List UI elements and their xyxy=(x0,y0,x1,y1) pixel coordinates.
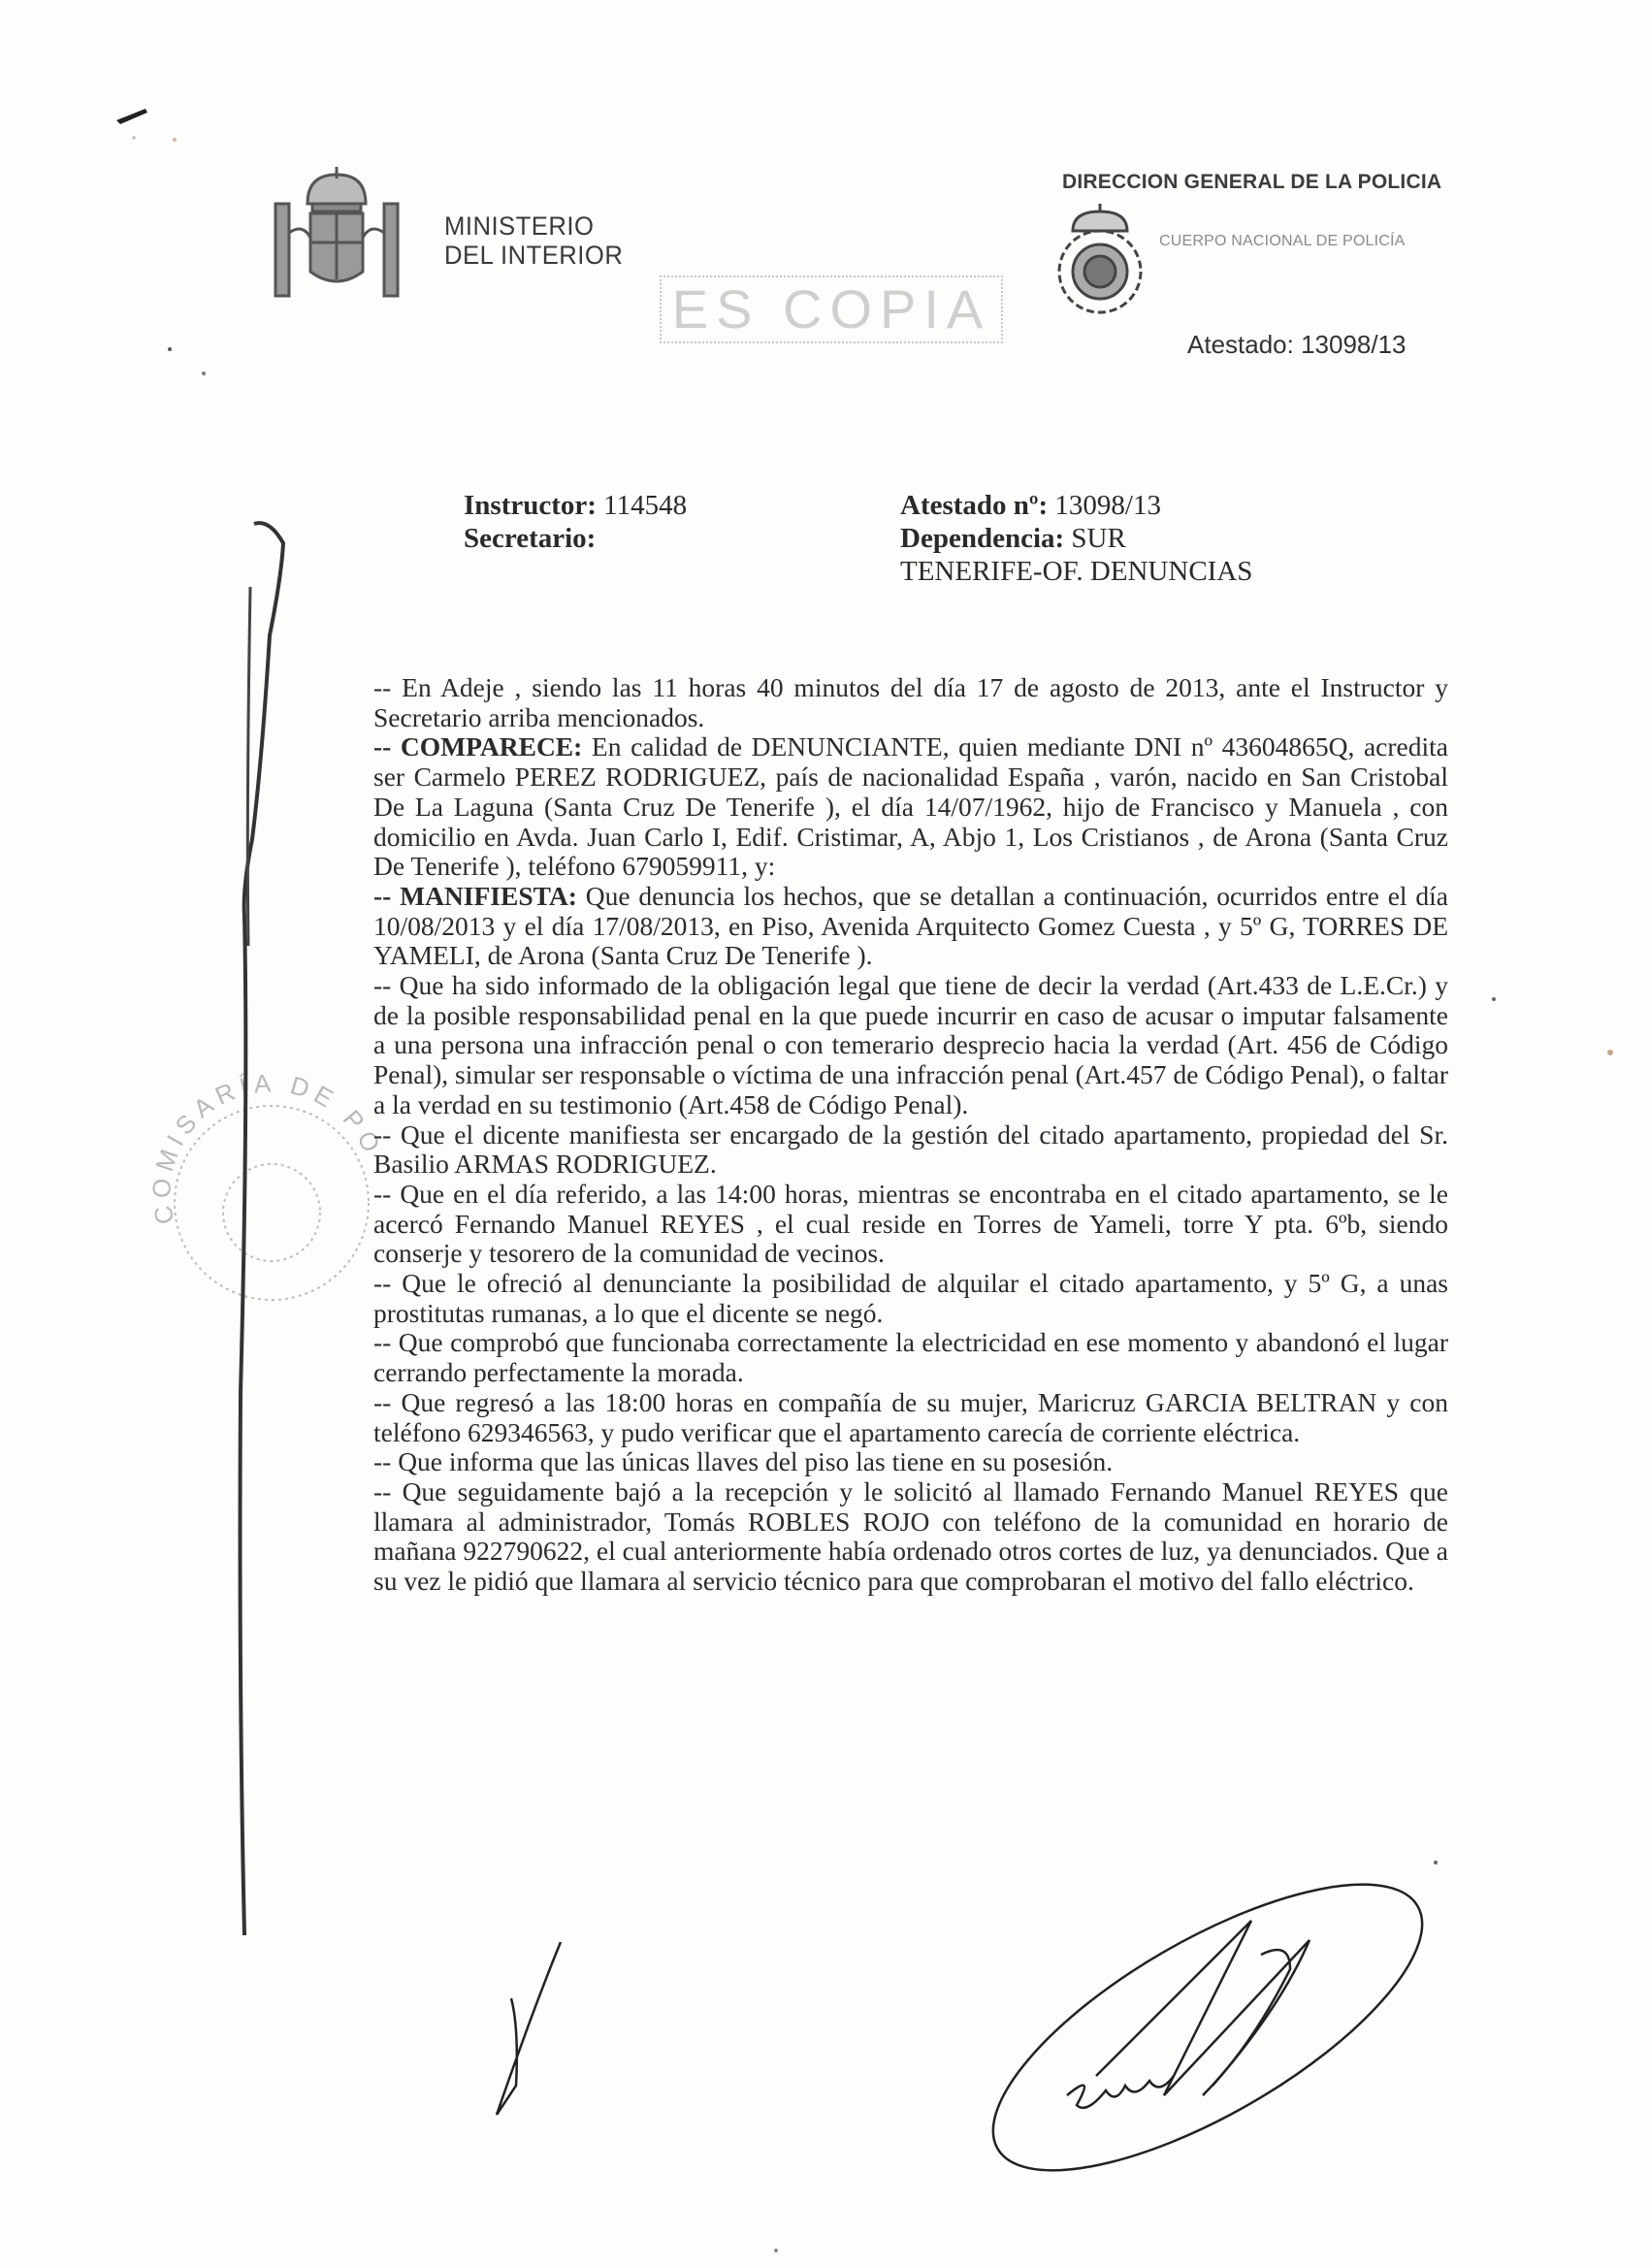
paragraph-return: -- Que regresó a las 18:00 horas en comp… xyxy=(373,1388,1448,1447)
paragraph-reception: -- Que seguidamente bajó a la recepción … xyxy=(373,1477,1448,1597)
police-emblem xyxy=(1053,204,1147,315)
paragraph-manifiesta: -- MANIFIESTA: Que denuncia los hechos, … xyxy=(373,882,1448,971)
manifiesta-label: -- MANIFIESTA: xyxy=(373,881,577,911)
atestado-row: Atestado nº: 13098/13 xyxy=(900,489,1252,522)
dependencia-label: Dependencia: xyxy=(900,523,1064,554)
secretario-row: Secretario: xyxy=(464,522,687,555)
instructor-label: Instructor: xyxy=(464,490,597,521)
copy-stamp: ES COPIA xyxy=(660,275,1003,343)
declaration-body: -- En Adeje , siendo las 11 horas 40 min… xyxy=(373,673,1448,1597)
paragraph-electricity-check: -- Que comprobó que funcionaba correctam… xyxy=(373,1328,1448,1387)
margin-signature-icon xyxy=(213,519,310,1974)
meta-right: Atestado nº: 13098/13 Dependencia: SUR T… xyxy=(900,489,1252,588)
scan-artifact-icon xyxy=(107,107,194,146)
atestado-reference: Atestado: 13098/13 xyxy=(1187,330,1406,360)
meta-left: Instructor: 114548 Secretario: xyxy=(464,489,687,555)
paragraph-legal-notice: -- Que ha sido informado de la obligació… xyxy=(373,971,1448,1120)
police-corps-subtitle: CUERPO NACIONAL DE POLICÍA xyxy=(1159,233,1406,250)
paragraph-manager: -- Que el dicente manifiesta ser encarga… xyxy=(373,1120,1448,1180)
secretario-label: Secretario: xyxy=(464,523,596,554)
paragraph-keys: -- Que informa que las únicas llaves del… xyxy=(373,1447,1448,1477)
ministry-line1: MINISTERIO xyxy=(444,211,623,241)
complainant-signature-icon xyxy=(970,1901,1474,2154)
paragraph-approach: -- Que en el día referido, a las 14:00 h… xyxy=(373,1180,1448,1269)
paragraph-comparece: -- COMPARECE: En calidad de DENUNCIANTE,… xyxy=(373,732,1448,882)
dependencia-row: Dependencia: SUR xyxy=(900,522,1252,555)
ministry-name: MINISTERIO DEL INTERIOR xyxy=(444,211,623,270)
comparece-label: -- COMPARECE: xyxy=(373,731,582,761)
atestado-value: 13098/13 xyxy=(1054,490,1161,521)
instructor-row: Instructor: 114548 xyxy=(464,489,687,522)
paragraph-offer: -- Que le ofreció al denunciante la posi… xyxy=(373,1269,1448,1328)
instructor-signature-icon xyxy=(485,1892,679,2144)
national-police-badge-icon xyxy=(1053,204,1147,315)
ministry-line2: DEL INTERIOR xyxy=(444,241,623,270)
dependencia-value: SUR xyxy=(1071,523,1125,554)
paragraph-opening: -- En Adeje , siendo las 11 horas 40 min… xyxy=(373,673,1448,732)
instructor-value: 114548 xyxy=(603,490,687,521)
atestado-label: Atestado nº: xyxy=(900,490,1048,521)
police-directorate-title: DIRECCION GENERAL DE LA POLICIA xyxy=(1062,171,1441,194)
spain-coat-of-arms-icon xyxy=(264,165,409,310)
ministry-emblem xyxy=(264,165,409,310)
dependencia-line2: TENERIFE-OF. DENUNCIAS xyxy=(900,555,1252,588)
